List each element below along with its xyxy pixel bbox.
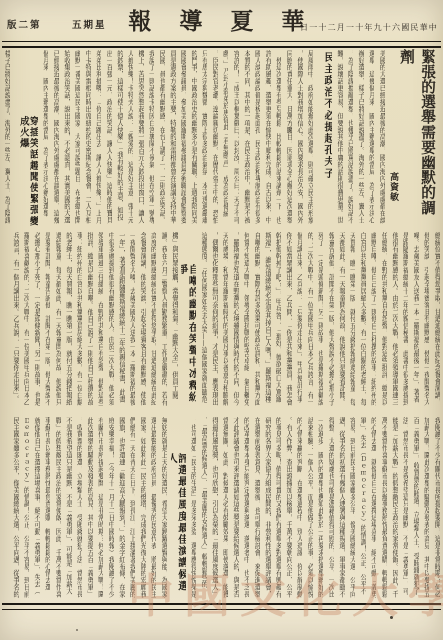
body-text-column: 的改革選舉本身只能判定當選與落選，落選者中，也不乏長	[243, 417, 250, 601]
body-text-column: 斯福」，誰知道總統必定是其掉自己人嗎！」羅斯福這種	[264, 232, 271, 412]
section-subhead: 民主政治不必提起孔夫子	[317, 50, 332, 228]
body-text-column: 國人談政論政都是板起面孔，民主政治和專制政治有很多	[253, 50, 260, 228]
body-text-column: 個月來，國內主辦選舉的當局，為了表示決心辦好選舉，	[42, 50, 49, 228]
body-text-column: 當選無關。如此，對候選人必有鼓勵效果，即使落選，能獲	[221, 417, 228, 601]
body-text-column: 局風雨中，政府如能辦好此次選舉，則可確立民主的形象	[306, 50, 313, 228]
body-text-column: 能是「加薪大戰」的假想敵民主政治的家常便飯。因此，千	[391, 417, 398, 601]
body-text-column: 許有助風趣，選舉更須在愉快中順利完成。自古以來，中	[264, 50, 271, 228]
body-text-column: 機」與民眾接觸，常覺得和氣。「幽默大全」，供員工閱	[171, 232, 178, 412]
body-text-column: 加薪大戰！圍此次選舉的騷動及發表的高見，其中以要提五	[423, 417, 430, 601]
body-text-column: 國國會參議員，參加美國羅斯福參議員學術聯誼會監察委	[179, 50, 186, 228]
body-text-column: 研究的各界大家協力組成民間的、非營利性的選舉評議會，	[264, 417, 271, 601]
body-text-column: 任總統，在野的共和黨自有怨聲，他對這些批評，總是以	[380, 232, 387, 412]
body-text-column: 、「最高票的候選人」、「最美麗的女候選人」較輕鬆些的	[200, 417, 207, 601]
body-text-column: 幽默自嘲。他自己說了一則他自己杜撰的故事：紐約州的	[370, 232, 377, 412]
body-text-column: 樣子已將好話說盡了。海外的一些左、翼人士，為了陰謀	[3, 50, 10, 228]
section-subhead: 評選最佳風度最佳演講候選人	[171, 417, 186, 601]
body-text-column: 是要看訃聞。報童告訴他，訃聞不在第一版。他大聲說不	[44, 232, 51, 412]
body-text-column: 就像他自己在選擇這場喜事，絕不可動「義勇軍」，失去（	[33, 417, 40, 601]
article-author: 高資敏	[387, 172, 400, 202]
body-band-1: 美國的大選已經接近最後的高潮，國內海內外處處都在談選舉，這幾個月來，國內主辦選舉…	[3, 50, 385, 228]
header-double-rule	[2, 41, 441, 48]
body-text-column: 天買報，瞧一瞧第一版，就付五分錢把報紙還給報童，每	[348, 232, 355, 412]
body-text-column: 出一百張一元，政治的笑話，讓人人快樂」這時他的寶貝	[105, 50, 112, 228]
body-text-column: 員是憲政方案的主要，特勒的和雷根都曾在演講支持中華	[169, 50, 176, 228]
body-band-2: 總統位實不值得您爭取。甘迺迪總統在此紀念餐會演講，他的笑談，引起全場賓客且有幽默…	[3, 232, 440, 412]
body-text-column: ，為了陰謀搗亂選舉，也幾乎已將罵話說盡了。說好話不	[346, 50, 353, 228]
body-text-column: 人都快樂！卡特夫人說：「親愛的，這是好主意，張十元	[126, 50, 133, 228]
body-text-column: ，收買票的賄選，立場類人士，受賄錢就犯了法，當然市長	[75, 417, 82, 601]
body-text-column: 只有唐太宗與魏徵，實際上很多政治氣氛，本可透過嚴肅	[201, 50, 208, 228]
body-text-column: 得最佳風度獎，也可欣慰，引以為榮的「最佳風度候選人」	[211, 417, 218, 601]
body-text-column: 白宮以共和黨黨員居絕大多數。有一位白鬍的老紳士，每	[359, 232, 366, 412]
edition-label: 版二第	[7, 17, 42, 31]
body-text-column: 個月講出來。乙兵說：「只要你走出來」。甲兵便計行事	[295, 232, 302, 412]
body-text-column: 選出最賢能的政府官員，最優秀的民意代表，將最好的民主	[150, 417, 157, 601]
body-text-column: 戲。」乃封小弱弟於唐從此「君無戲言」，成為政治傳統	[222, 50, 229, 228]
body-text-column: 已經接近最後的高潮，國內海內外處處都在談選舉，這幾	[52, 50, 59, 228]
body-text-column: Ｄｅｍｏｃｒａｃｙ）的情調！公正、公平不容易。到目前	[22, 417, 29, 601]
body-text-column: 的心情去選，就像他自己在選擇這場喜事，絕不可動「義勇	[370, 417, 377, 601]
body-text-column: 幹把他幹掉了吧？」，甲兵答：「那好，彼欲破口大罵羅	[274, 232, 281, 412]
weekday-label: 五期星	[72, 17, 107, 31]
body-text-column: 這種態度。「任何國家如失去大笑——這個國家就面臨危	[200, 232, 207, 412]
body-text-column: 戰」的假想敵民主政治的家常便飯。因此，千萬不要當作喜	[54, 417, 61, 601]
body-text-column: 噪。去歲美國友人送我一本「羅斯福的最後一年」，著者	[412, 232, 419, 412]
body-text-column: 羅斯福喜歡說的：二次大戰中，有一位美國甲兵向日本乙	[22, 232, 29, 412]
body-text-column: 萬不要當作喜事蘇市長以辦事務熱忱最負責選購，輕輕鬆鬆	[380, 417, 387, 601]
body-text-column: 事：紐約州的白宮以共和黨黨員居絕大多數。有一位白鬍	[75, 232, 82, 412]
body-text-column: 批評，總是以幽默自嘲。他自己說了一則他自己杜撰的故	[86, 232, 93, 412]
footer-double-rule	[2, 603, 441, 610]
body-text-column: 的：二次大戰中，有一位美國甲兵向日本乙兵誇言，有一	[306, 232, 313, 412]
body-text-column: 此次選舉的騷動及發表的高見，其中以要提五百「義勇軍」	[86, 417, 93, 601]
body-text-column: 才此評議會也可來評選諸如這些獎是要給候選人的，與是否	[232, 417, 239, 601]
body-text-column: ，使國際人士對我增加信心。國內要求長治久安，國內外	[296, 50, 303, 228]
body-text-column: 中卡特與雷根同時出席紐約的史密斯紀念餐會，二人互相	[84, 50, 91, 228]
body-text-column: 國旗，也許還連「歡迎高大鵬報到！」的金字紅布條，在家	[118, 417, 125, 601]
date-line: 日一十二月一十年九十六國民華中	[300, 22, 438, 33]
body-text-column: 百「義勇軍」，收買票的賄選，立場類人士，受賄錢就犯了	[412, 417, 419, 601]
body-text-column: 庭安樂幸福！（今年十一月十二日中國時報）我閱讀了不少	[107, 417, 114, 601]
body-text-column: 話來相驗：一個人公平。而是他做了公正的事，必須以愉悅	[306, 417, 313, 601]
body-text-column: 難，說壞話更容易，但要說其他中庸的話則很費思量。世	[336, 50, 343, 228]
body-text-column: 我閱讀了不少有關代市長所提起要開，這是非常時期？何必	[433, 417, 440, 601]
body-text-column: 辦好選舉，樣子已將好話說盡了。海外的一些左、翼人士	[357, 50, 364, 228]
body-text-column: 一年」，著者是跟隨羅斯福總統十二年的親信秘書，此書	[118, 232, 125, 412]
body-text-column: 天的處境，和當年羅斯福時代的美國凡事以善意互相瞭解	[221, 232, 228, 412]
body-text-column: 我說了一則話說卡特因白宮裏鬧不景氣，他在空軍一號專	[148, 50, 155, 228]
body-text-column: 你不如當眾講出來，乙兵問：「你是共和黨黨員，我怎會	[285, 232, 292, 412]
body-text-column: 民國，員也都有幽默感，在台上講了一、二則政治笑話。	[158, 50, 165, 228]
body-text-column: 總統位實不值得您爭取。甘迺迪總統在此紀念餐會演講，	[433, 232, 440, 412]
body-text-column: 領導軍國連三任總統，在野的共和黨自有怨聲，他對這些	[97, 232, 104, 412]
body-text-column: 國家。如此利此一民主的燈塔，完成我們光復大陸的宏願我	[139, 417, 146, 601]
body-text-column: 他的笑談，引起全場賓客且有幽默感，使他一夜間聲名大	[423, 232, 430, 412]
body-text-column: 一夜間聲名大噪。去歲美國友人送我一本「羅斯福的最後	[128, 232, 135, 412]
body-text-column: 他很有幽默感的人。由於二次大戰，他必須領導軍國連三	[391, 232, 398, 412]
body-text-column: 本質的不同，其中的一項是，在民主政治中，幽默是不被	[243, 50, 250, 228]
body-text-column: 選舉，這幾個月來，國內主辦選舉的當局，為了表示決心	[368, 50, 375, 228]
body-text-column: 機上，苦思突然想起我要將一張百元大鈔投出窗口，讓人	[137, 50, 144, 228]
body-text-column: 天都如此。有一天報童問為何故，他說他只是要看訃聞。	[338, 232, 345, 412]
section-subhead: 自嘲的幽默在笑聲中冰釋紛爭	[181, 232, 196, 412]
body-text-column: 讀。我在六月二警察人員勤務繁重，工作是嚴肅的，若有	[160, 232, 167, 412]
body-text-column: 兵誇言，有一個月講出來。乙兵說：「只要你走出來」。	[12, 232, 19, 412]
body-text-column: 法，當然市長不是我希望這只是幽默，不是「義勇軍」，可	[401, 417, 408, 601]
body-band-3: 我閱讀了不少有關代市長所提起要開，這是非常時期？何必加薪大戰！圍此次選舉的騷動及…	[3, 417, 440, 601]
headline-block: 緊張的選舉需要幽默的調劑 高資敏	[386, 48, 441, 230]
body-text-column: 的鬥爭，中國政治史的幽默多少是有關聯。上週我陪同美	[190, 50, 197, 228]
body-text-column: 事蘇市長以辦事務熱忱最負責選購，輕輕鬆鬆的心情去選，	[44, 417, 51, 601]
body-text-column: 得整，大選的疑慮也可能是憑藉值得可慰的，公平，一次比	[327, 417, 334, 601]
body-text-column: 在選舉前發表意見，選舉後，也可舉行檢討會，來促進選舉	[253, 417, 260, 601]
newspaper-page: 版二第 五期星 報導夏華 日一十二月一十年九十六國民華中 緊張的選舉需要幽默的調…	[0, 0, 443, 640]
body-text-column: ，羅斯福也知道在野黨的心境雖國情與時代的不同，但今	[232, 232, 239, 412]
body-text-column: 是跟隨羅斯福總統十二年的親信秘書，此書中很多處提到	[401, 232, 408, 412]
body-text-column: ，偶爾也化釋那些無可奈何的紛爭，才是民主，應表現出	[211, 232, 218, 412]
body-text-column: 還給報童，每天都如此。有一天報童問為何故，他說他只	[54, 232, 61, 412]
body-text-column: 邁，從爭名的初選有幾個人連署與這種規選，軍事家都臨不	[338, 417, 345, 601]
body-text-column: 不是我希望這只是幽默，不是「義勇軍」，可能是「加薪大	[65, 417, 72, 601]
body-text-column: ，臣民對官老爺，遑論親切幽默。在歷代帝王中的，恐怕	[211, 50, 218, 228]
body-text-column: 自嘲的幽默，實際有許多效果可使政治詳和，共和黨方面	[253, 232, 260, 412]
body-text-column: 念餐會演講，他的笑談，引起全場賓客且有幽默感，使他	[139, 232, 146, 412]
body-text-column: 幽默一番美國這民主國家，大家可說些題目，布老總也開	[73, 50, 80, 228]
scan-speck	[76, 629, 78, 631]
body-text-column: 報童告訴他，訃聞不在第一版。他大聲說不必擔心那小子	[327, 232, 334, 412]
body-text-column: 的鈔票，這樣可使十億人快樂」「我有較好的主意，如投	[116, 50, 123, 228]
body-text-column: 無妨的就是上天的好選民，希望大家踴躍選賢與能，為國家	[160, 417, 167, 601]
article-headline: 緊張的選舉需要幽默的調劑	[396, 49, 438, 230]
section-subhead: 穿插笑話趣聞使緊張變成火爆	[14, 50, 38, 228]
body-text-column: 一次進步，國內的選舉也應如此對於一再要求把選舉辦好的	[317, 417, 324, 601]
body-text-column: 高度的幽默感總統位實不值得您爭取。甘迺迪總統在此紀	[150, 232, 157, 412]
body-text-column: 們總有一天在青天白日下，到長江，江上掛滿著我們美麗的	[128, 417, 135, 601]
body-text-column: ，使這次選舉有些兒輕鬆，比較輕鬆的話來調劑一下，也	[275, 50, 282, 228]
body-text-column: 的事見可多呢！值得可貴的又我們有選舉多對選舉有興趣有	[274, 417, 281, 601]
body-text-column: ，也可選如「民主的生活」是多采多姿，選舉應得快悅榮是	[190, 417, 197, 601]
body-text-column: 有關代市長所提起要開，這是非常時期？何必加薪大戰！圍	[97, 417, 104, 601]
body-text-column: 的老紳士，每天買報，瞧一瞧第一版，就付五分錢把報紙	[65, 232, 72, 412]
body-text-column: 中很多處提到他很有幽默感的人。由於二次大戰，他必須	[107, 232, 114, 412]
body-text-column: 容許的！「成王以桐葉戲曰：以封汝。周公曰：天子不可	[232, 50, 239, 228]
body-text-column: 容易。到目前民主國家雖多公平，像美國總統大選，公平向	[348, 417, 355, 601]
body-text-column: 同胞的責任重大，且萬方矚目，因需求全心辦好這次選舉	[285, 50, 292, 228]
body-text-column: 弟弟比利插嘴：「你自己跳出去，讓人人都快樂！」上月	[95, 50, 102, 228]
body-text-column: 。有人作弊，查出證據加以檢舉，千萬不要朝向公正、公平	[285, 417, 292, 601]
body-text-column: 美國的大選已經接近最後的高潮，國內海內外處處都在談	[378, 50, 385, 228]
body-text-column: 軍」，失去（Ｄｅｍｏｃｒａｃｙ）的情調！公正、公平不	[359, 417, 366, 601]
scan-speck	[390, 616, 393, 619]
body-text-column: 的心情來贏的判斷，在選舉過程中，別人造謠，你以靜制動	[295, 417, 302, 601]
body-text-column: 何嘗不知道大戰中，領導全國抗戰的堅苦卓絕，氣自難免	[243, 232, 250, 412]
body-text-column: 死了，一定是頭條新聞！另一則故事，也是羅斯福喜歡說	[317, 232, 324, 412]
body-text-column: 民主國家雖多公平，像美國總統大選，公平向邁，從爭名的	[12, 417, 19, 601]
body-text-column: 始收集政治笑話，說出來的，不必認真，其實美國的大選	[63, 50, 70, 228]
body-text-column: 必擔心那小子死了，一定是頭條新聞！另一則故事，也是	[33, 232, 40, 412]
